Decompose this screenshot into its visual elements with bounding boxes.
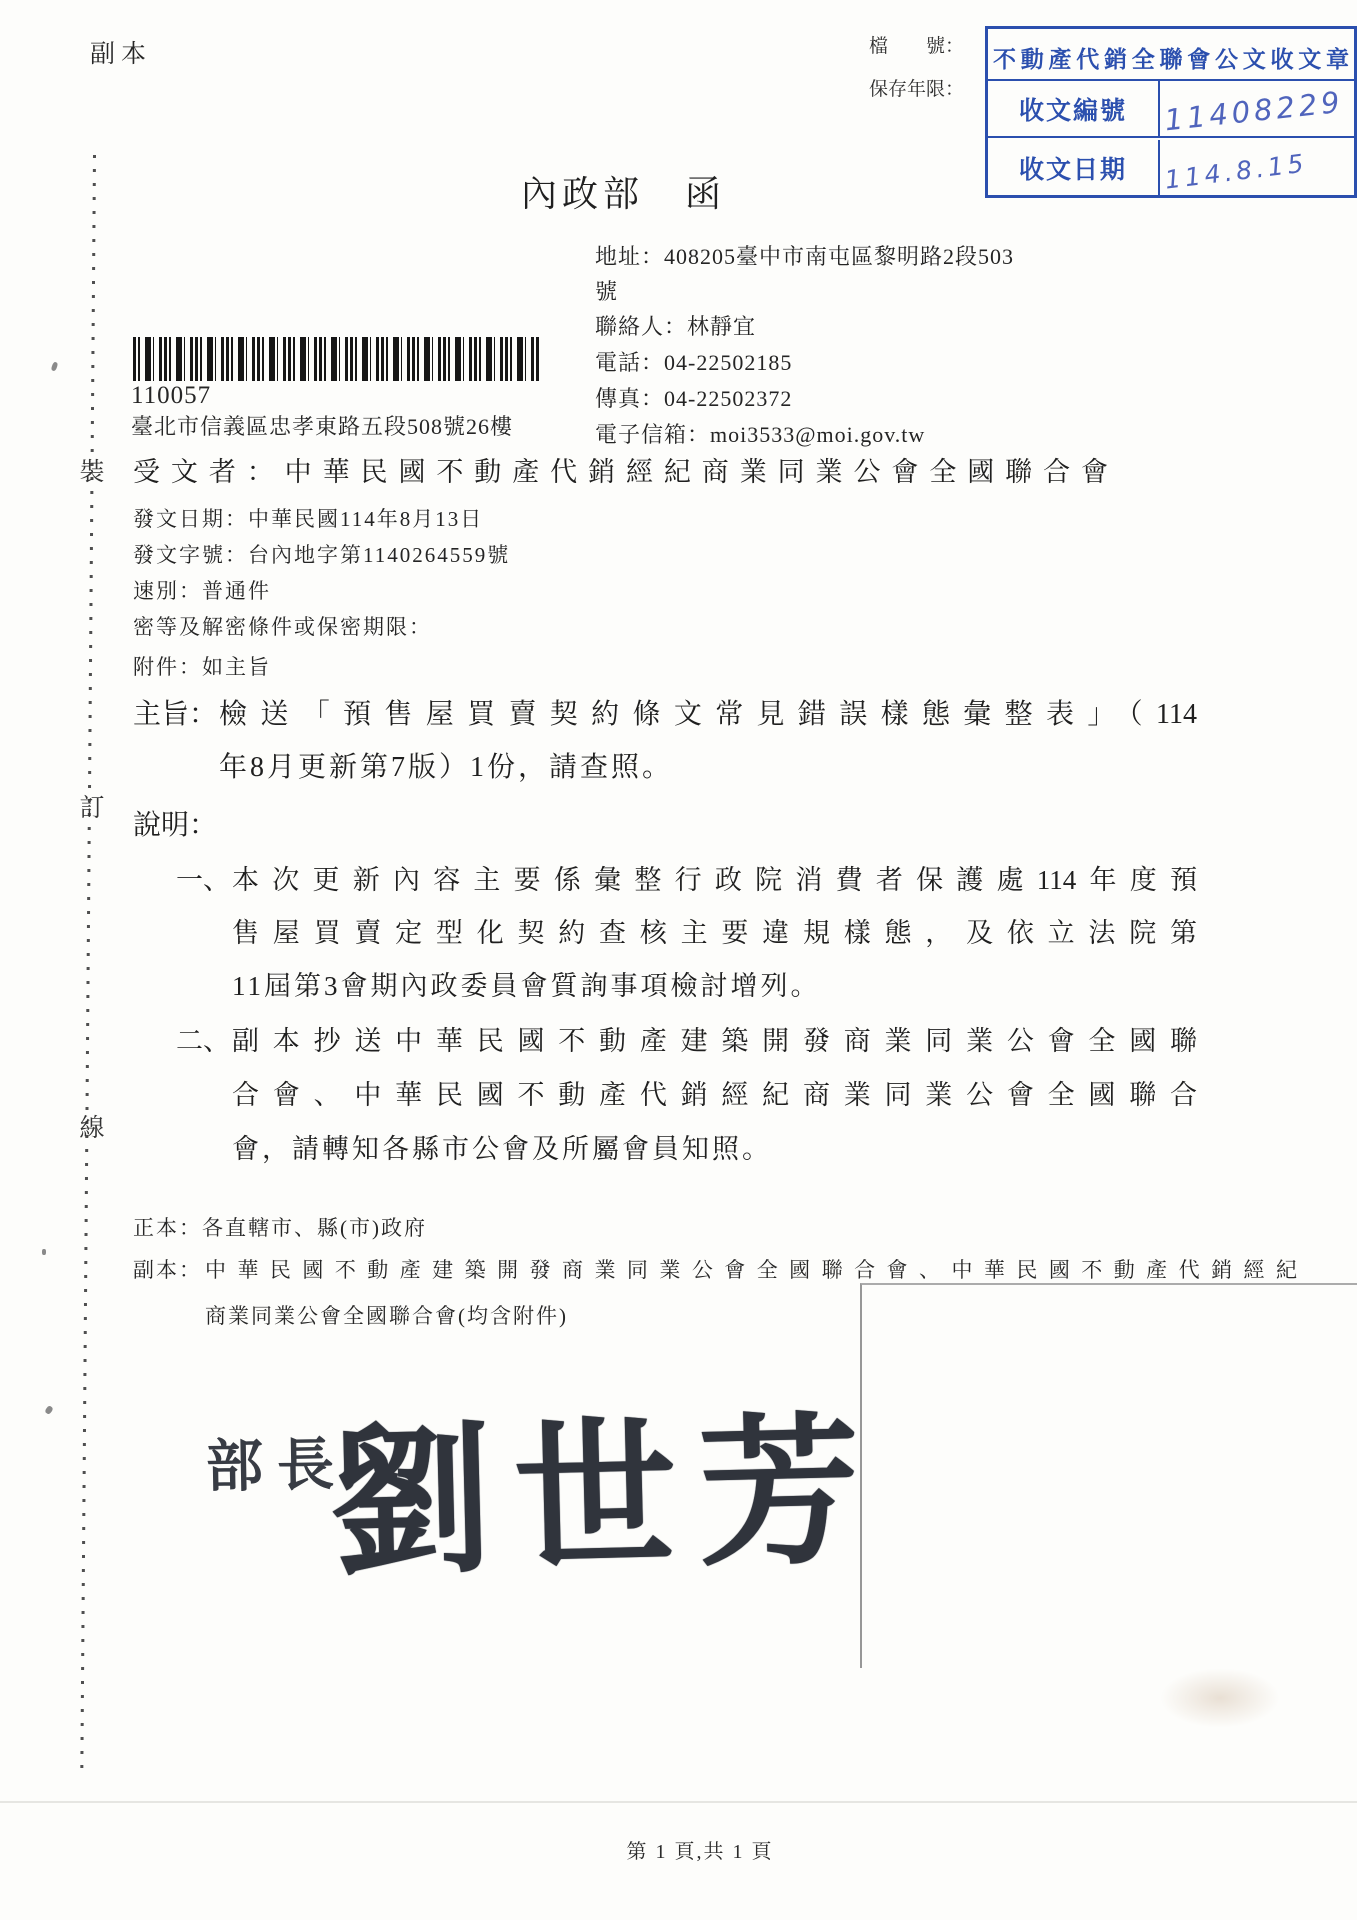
minister-title-calligraphy: 部長	[205, 1419, 348, 1503]
binding-dotted-line	[80, 155, 96, 1770]
item2-number: 二、	[176, 1019, 230, 1058]
sender-address-wrap: 號	[595, 275, 618, 306]
stamp-receipt-date-row: 收文日期 114.8.15	[988, 140, 1354, 195]
item1-line2: 售屋買賣定型化契約查核主要違規樣態，及依立法院第	[232, 911, 1197, 950]
subject-label: 主旨：	[133, 692, 217, 732]
item1-line3: 11屆第3會期內政委員會質詢事項檢討增列。	[232, 964, 821, 1003]
attachment-line: 附件：如主旨	[133, 651, 271, 681]
speed-class-line: 速別：普通件	[133, 575, 271, 605]
recipient-mailing-address: 臺北市信義區忠孝東路五段508號26樓	[131, 410, 513, 441]
receipt-number-handwritten: 11408229	[1163, 84, 1345, 137]
sender-fax: 傳真：04-22502372	[595, 382, 792, 413]
sender-email: 電子信箱：moi3533@moi.gov.tw	[595, 418, 925, 449]
barcode	[133, 337, 539, 381]
issue-number-line: 發文字號：台內地字第1140264559號	[133, 539, 510, 569]
received-stamp: 不動產代銷全聯會公文收文章 收文編號 11408229 收文日期 114.8.1…	[985, 26, 1357, 198]
copy-watermark-label: 副本	[90, 34, 152, 70]
retention-period-label: 保存年限：	[869, 74, 964, 101]
receipt-date-label: 收文日期	[988, 140, 1160, 195]
recipient-line: 受文者：中華民國不動產代銷經紀商業同業公會全國聯合會	[133, 450, 1108, 489]
issue-date-line: 發文日期：中華民國114年8月13日	[133, 503, 483, 533]
sender-phone: 電話：04-22502185	[595, 346, 792, 377]
item2-line1: 副本抄送中華民國不動產建築開發商業同業公會全國聯	[232, 1019, 1197, 1058]
item2-line2: 合會、中華民國不動產代銷經紀商業同業公會全國聯合	[232, 1073, 1197, 1112]
attachment-overlay-box	[860, 1283, 1357, 1668]
barcode-number: 110057	[131, 382, 211, 410]
document-title: 內政部 函	[521, 166, 726, 217]
page-number: 第 1 頁,共 1 頁	[560, 1835, 840, 1864]
subject-text-line2: 年8月更新第7版）1份，請查照。	[219, 745, 673, 785]
scan-speck	[44, 1405, 54, 1415]
scan-speck	[51, 361, 59, 371]
copy-recipients-label: 副本：	[133, 1254, 202, 1284]
receipt-number-label: 收文編號	[988, 81, 1160, 136]
binding-label-xian: 線	[74, 1108, 110, 1144]
scanned-official-letter: 副本 裝 訂 線 內政部 函 檔 號： 保存年限： 不動產代銷全聯會公文收文章 …	[0, 0, 1357, 1920]
sender-contact-person: 聯絡人：林靜宜	[595, 310, 756, 341]
scan-smudge	[1160, 1668, 1280, 1728]
minister-signature-calligraphy: 劉世芳	[327, 1361, 885, 1606]
sender-address-line: 地址：408205臺中市南屯區黎明路2段503	[595, 240, 1014, 271]
item2-line3: 會，請轉知各縣市公會及所屬會員知照。	[232, 1127, 772, 1166]
receipt-date-handwritten: 114.8.15	[1163, 148, 1309, 194]
copy-recipients-line2: 商業同業公會全國聯合會(均含附件)	[205, 1300, 568, 1330]
stamp-receipt-number-row: 收文編號 11408229	[988, 81, 1354, 138]
stamp-header-text: 不動產代銷全聯會公文收文章	[988, 29, 1354, 81]
security-class-line: 密等及解密條件或保密期限：	[133, 611, 432, 641]
receipt-number-value-cell: 11408229	[1164, 81, 1354, 136]
copy-recipients-line1: 中華民國不動產建築開發商業同業公會全國聯合會、中華民國不動產代銷經紀	[205, 1254, 1297, 1284]
binding-label-zhuang: 裝	[74, 452, 110, 488]
item1-line1: 本次更新內容主要係彙整行政院消費者保護處114年度預	[232, 858, 1197, 897]
archive-number-label: 檔 號：	[869, 31, 964, 58]
item1-number: 一、	[176, 858, 230, 897]
footer-divider-line	[0, 1801, 1357, 1803]
binding-label-ding: 訂	[74, 788, 110, 824]
receipt-date-value-cell: 114.8.15	[1164, 140, 1354, 195]
explanation-label: 說明：	[133, 803, 217, 843]
subject-text-line1: 檢送「預售屋買賣契約條文常見錯誤樣態彙整表」（114	[219, 692, 1197, 732]
scan-speck	[42, 1249, 46, 1255]
original-recipients-line: 正本：各直轄市、縣(市)政府	[133, 1212, 427, 1242]
